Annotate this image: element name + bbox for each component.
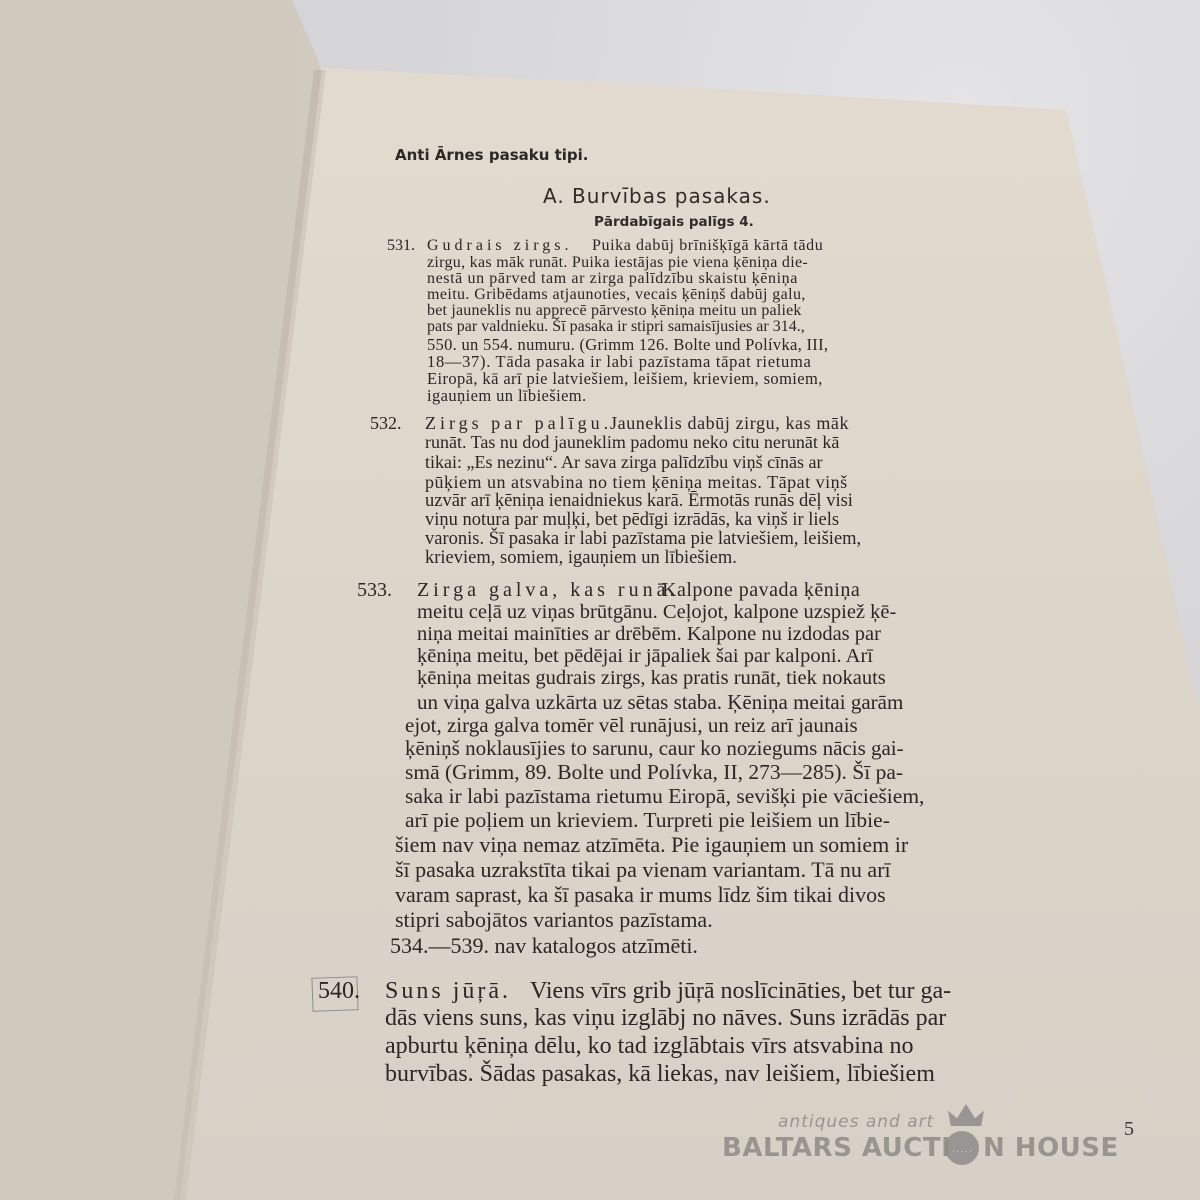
entry-line: pūķiem un atsvabina no tiem ķēniņa meita… xyxy=(425,472,848,493)
entry-line: saka ir labi pazīstama rietumu Eiropā, s… xyxy=(405,784,924,809)
entry-line: smā (Grimm, 89. Bolte und Polívka, II, 2… xyxy=(405,760,903,785)
entry-number: 531. xyxy=(387,237,415,255)
entry-line: Puika dabūj brīnišķīgā kārtā tādu xyxy=(592,237,823,255)
note-534-539: 534.—539. nav katalogos atzīmēti. xyxy=(390,933,698,959)
entry-line: arī pie poļiem un krieviem. Turpreti pie… xyxy=(405,808,890,833)
watermark-brand-left: BALTARS AUCTI xyxy=(722,1133,951,1163)
entry-line: pats par valdnieku. Šī pasaka ir stipri … xyxy=(427,318,805,336)
entry-line: runāt. Tas nu dod jauneklim padomu neko … xyxy=(425,432,839,453)
entry-line: šī pasaka uzrakstīta tikai pa vienam var… xyxy=(395,857,891,883)
entry-title: Suns jūŗā. xyxy=(385,978,511,1005)
running-header: Anti Ārnes pasaku tipi. xyxy=(395,146,589,164)
entry-line: Viens vīrs grib jūŗā noslīcināties, bet … xyxy=(530,978,951,1005)
entry-line: ķēniņš noklausījies to sarunu, caur ko n… xyxy=(405,736,904,761)
watermark-brand-right: N HOUSE xyxy=(983,1133,1119,1163)
entry-title: Gudrais zirgs. xyxy=(427,237,572,255)
entry-line: tikai: „Es nezinu“. Ar sava zirga palīdz… xyxy=(425,452,823,473)
page-number: 5 xyxy=(1124,1118,1134,1141)
entry-line: igauņiem un lībiešiem. xyxy=(427,386,587,406)
entry-line: ķēniņa meitu, bet pēdējai ir jāpaliek ša… xyxy=(417,645,873,668)
entry-line: viņu notura par muļķi, bet pēdīgi izrādā… xyxy=(425,510,839,531)
entry-number: 533. xyxy=(357,579,392,602)
entry-line: krieviem, somiem, igauņiem un lībiešiem. xyxy=(425,548,737,569)
entry-line: stipri sabojātos variantos pazīstama. xyxy=(395,907,713,933)
entry-number: 540. xyxy=(318,978,360,1005)
entry-line: varam saprast, ka šī pasaka ir mums līdz… xyxy=(395,882,886,908)
entry-line: un viņa galva uzkārta uz sētas staba. Ķē… xyxy=(417,690,903,715)
entry-line: ķēniņa meitas gudrais zirgs, kas pratis … xyxy=(417,667,886,690)
entry-line: varonis. Šī pasaka ir labi pazīstama pie… xyxy=(425,529,861,550)
entry-line: niņa meitai mainīties ar drēbēm. Kalpone… xyxy=(417,623,881,646)
subsection-title: Pārdabīgais palīgs 4. xyxy=(594,214,754,230)
entry-line: burvības. Šādas pasakas, kā liekas, nav … xyxy=(385,1061,935,1088)
entry-line: Kalpone pavada ķēniņa xyxy=(662,579,860,602)
entry-line: šiem nav viņa nemaz atzīmēta. Pie igauņi… xyxy=(395,832,908,858)
section-title: A. Burvības pasakas. xyxy=(543,184,771,208)
entry-line: ejot, zirga galva tomēr vēl runājusi, un… xyxy=(405,713,858,738)
entry-title: Zirgs par palīgu. xyxy=(425,413,612,434)
entry-line: dās viens suns, kas viņu izglābj no nāve… xyxy=(385,1005,946,1032)
orb-dots: ..... xyxy=(952,1144,973,1155)
entry-line: apburtu ķēniņa dēlu, ko tad izglābtais v… xyxy=(385,1033,914,1060)
entry-line: Jauneklis dabūj zirgu, kas māk xyxy=(610,413,849,434)
entry-line: uzvār arī ķēniņa ienaidniekus karā. Ērmo… xyxy=(425,491,853,512)
entry-line: meitu ceļā uz viņas brūtgānu. Ceļojot, k… xyxy=(417,601,896,624)
entry-title: Zirga galva, kas runā. xyxy=(417,579,678,602)
watermark-tagline: antiques and art xyxy=(778,1112,934,1132)
entry-number: 532. xyxy=(370,413,402,434)
